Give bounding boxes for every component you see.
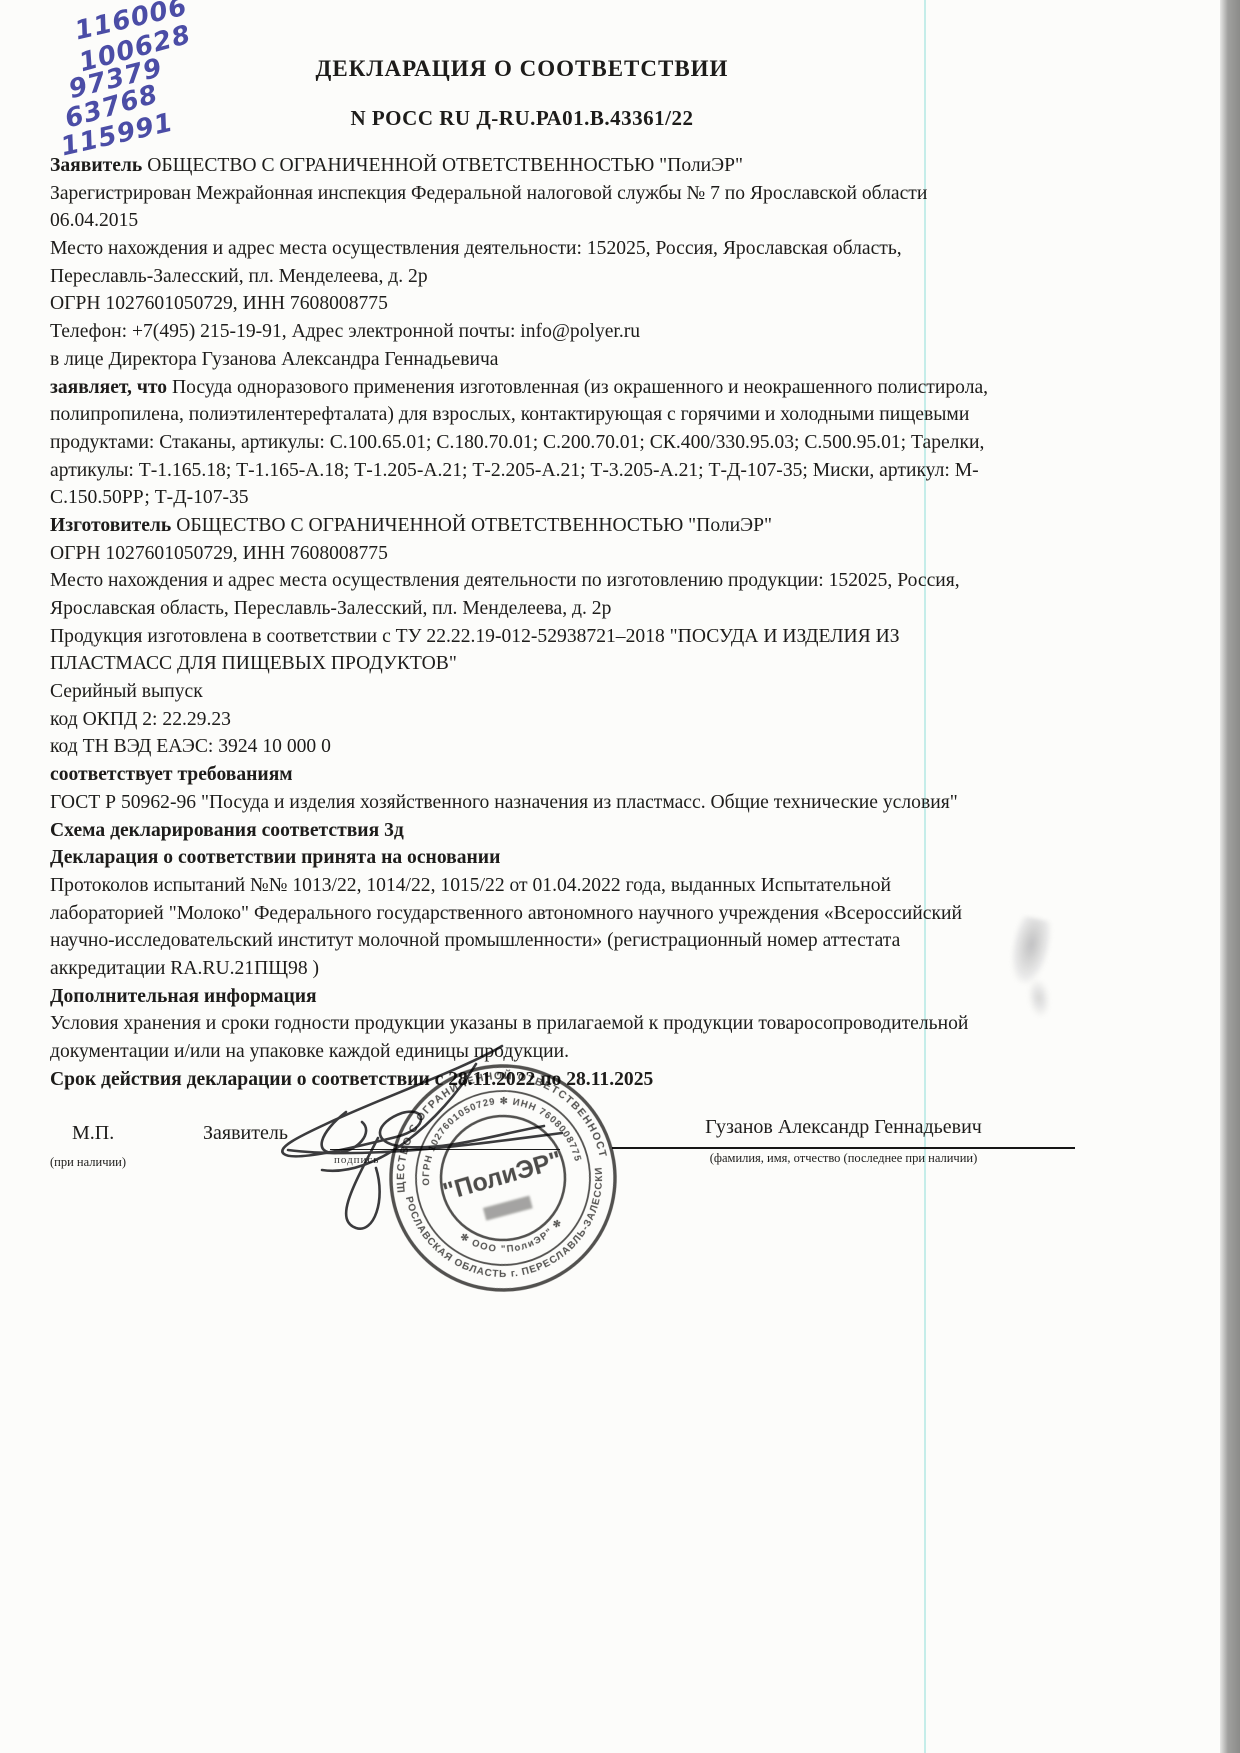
body-text: ОБЩЕСТВО С ОГРАНИЧЕННОЙ ОТВЕТСТВЕННОСТЬЮ… xyxy=(147,155,743,176)
stamp-place-label: М.П. xyxy=(72,1122,114,1145)
body-line: полипропилена, полиэтилентерефталата) дл… xyxy=(50,401,1190,429)
body-text: код ТН ВЭД ЕАЭС: 3924 10 000 0 xyxy=(50,736,331,757)
stamp-place-note: (при наличии) xyxy=(50,1155,126,1170)
body-line: артикулы: Т-1.165.18; Т-1.165-А.18; Т-1.… xyxy=(50,457,1190,485)
body-line: Изготовитель ОБЩЕСТВО С ОГРАНИЧЕННОЙ ОТВ… xyxy=(50,512,1190,540)
body-line: научно-исследовательский институт молочн… xyxy=(50,927,1190,955)
body-line: Условия хранения и сроки годности продук… xyxy=(50,1010,1190,1038)
body-text: Протоколов испытаний №№ 1013/22, 1014/22… xyxy=(50,875,891,896)
body-text: Телефон: +7(495) 215-19-91, Адрес электр… xyxy=(50,321,640,342)
signatory-name-line xyxy=(612,1147,1075,1149)
body-line: заявляет, что Посуда одноразового примен… xyxy=(50,374,1190,402)
body-line: Серийный выпуск xyxy=(50,678,1190,706)
body-line: ОГРН 1027601050729, ИНН 7608008775 xyxy=(50,290,1190,318)
body-line: ГОСТ Р 50962-96 "Посуда и изделия хозяйс… xyxy=(50,789,1190,817)
body-text: Зарегистрирован Межрайонная инспекция Фе… xyxy=(50,183,927,204)
body-line: документации и/или на упаковке каждой ед… xyxy=(50,1038,1190,1066)
body-text: научно-исследовательский институт молочн… xyxy=(50,930,900,951)
document-title: ДЕКЛАРАЦИЯ О СООТВЕТСТВИИ xyxy=(0,56,1044,82)
body-text: Место нахождения и адрес места осуществл… xyxy=(50,570,960,591)
body-text: артикулы: Т-1.165.18; Т-1.165-А.18; Т-1.… xyxy=(50,460,979,481)
body-text-bold: Дополнительная информация xyxy=(50,986,317,1007)
stamp-smeared-block xyxy=(483,1196,533,1221)
body-line: Место нахождения и адрес места осуществл… xyxy=(50,235,1190,263)
body-line: С.150.50РР; Т-Д-107-35 xyxy=(50,484,1190,512)
body-line: Телефон: +7(495) 215-19-91, Адрес электр… xyxy=(50,318,1190,346)
body-text: ОГРН 1027601050729, ИНН 7608008775 xyxy=(50,293,388,314)
body-text: Посуда одноразового применения изготовле… xyxy=(172,377,988,398)
body-line: в лице Директора Гузанова Александра Ген… xyxy=(50,346,1190,374)
body-line: Дополнительная информация xyxy=(50,983,1190,1011)
body-text-bold: заявляет, что xyxy=(50,377,172,398)
body-text: в лице Директора Гузанова Александра Ген… xyxy=(50,349,499,370)
body-line: Зарегистрирован Межрайонная инспекция Фе… xyxy=(50,180,1190,208)
body-text: продуктами: Стаканы, артикулы: С.100.65.… xyxy=(50,432,984,453)
body-text: ОБЩЕСТВО С ОГРАНИЧЕННОЙ ОТВЕТСТВЕННОСТЬЮ… xyxy=(176,515,772,536)
body-line: код ОКПД 2: 22.29.23 xyxy=(50,706,1190,734)
body-text: ПЛАСТМАСС ДЛЯ ПИЩЕВЫХ ПРОДУКТОВ" xyxy=(50,653,457,674)
stamp-graphic: ОБЩЕСТВО С ОГРАНИЧЕННОЙ ОТВЕТСТВЕННОСТЬЮ… xyxy=(363,1038,642,1317)
body-lines: Заявитель ОБЩЕСТВО С ОГРАНИЧЕННОЙ ОТВЕТС… xyxy=(50,152,1190,1093)
body-line: Протоколов испытаний №№ 1013/22, 1014/22… xyxy=(50,872,1190,900)
body-line: Продукция изготовлена в соответствии с Т… xyxy=(50,623,1190,651)
body-line: Ярославская область, Переславль-Залесски… xyxy=(50,595,1190,623)
body-line: Декларация о соответствии принята на осн… xyxy=(50,844,1190,872)
body-text: аккредитации RA.RU.21ПЩ98 ) xyxy=(50,958,319,979)
signatory-name: Гузанов Александр Геннадьевич xyxy=(612,1116,1075,1139)
body-text: код ОКПД 2: 22.29.23 xyxy=(50,709,231,730)
body-line: ОГРН 1027601050729, ИНН 7608008775 xyxy=(50,540,1190,568)
body-line: ПЛАСТМАСС ДЛЯ ПИЩЕВЫХ ПРОДУКТОВ" xyxy=(50,650,1190,678)
body-text-bold: Изготовитель xyxy=(50,515,176,536)
body-text: 06.04.2015 xyxy=(50,210,138,231)
body-text: Место нахождения и адрес места осуществл… xyxy=(50,238,902,259)
body-text-bold: Декларация о соответствии принята на осн… xyxy=(50,847,500,868)
body-text: Продукция изготовлена в соответствии с Т… xyxy=(50,626,900,647)
scanned-declaration-page: 1160061006289737963768115991 ДЕКЛАРАЦИЯ … xyxy=(0,0,1240,1753)
body-line: Срок действия декларации о соответствии … xyxy=(50,1066,1190,1094)
signatory-name-caption: (фамилия, имя, отчество (последнее при н… xyxy=(612,1151,1075,1166)
body-line: аккредитации RA.RU.21ПЩ98 ) xyxy=(50,955,1190,983)
body-line: 06.04.2015 xyxy=(50,207,1190,235)
body-text: Ярославская область, Переславль-Залесски… xyxy=(50,598,611,619)
body-text: Переславль-Залесский, пл. Менделеева, д.… xyxy=(50,266,428,287)
stamp-center-company-name: "ПолиЭР" xyxy=(440,1146,565,1207)
body-text: полипропилена, полиэтилентерефталата) дл… xyxy=(50,404,969,425)
body-text: С.150.50РР; Т-Д-107-35 xyxy=(50,487,249,508)
body-line: лабораторией "Молоко" Федерального госуд… xyxy=(50,900,1190,928)
body-text: Серийный выпуск xyxy=(50,681,203,702)
body-line: Переславль-Залесский, пл. Менделеева, д.… xyxy=(50,263,1190,291)
body-text: ОГРН 1027601050729, ИНН 7608008775 xyxy=(50,543,388,564)
body-text-bold: Заявитель xyxy=(50,155,147,176)
body-text: лабораторией "Молоко" Федерального госуд… xyxy=(50,903,962,924)
body-line: соответствует требованиям xyxy=(50,761,1190,789)
company-round-stamp: ОБЩЕСТВО С ОГРАНИЧЕННОЙ ОТВЕТСТВЕННОСТЬЮ… xyxy=(363,1038,642,1317)
body-text-bold: Схема декларирования соответствия 3д xyxy=(50,820,404,841)
scan-right-edge-shadow xyxy=(1220,0,1240,1753)
body-text: ГОСТ Р 50962-96 "Посуда и изделия хозяйс… xyxy=(50,792,958,813)
body-line: Место нахождения и адрес места осуществл… xyxy=(50,567,1190,595)
declaration-number: N РОСС RU Д-RU.РА01.В.43361/22 xyxy=(0,106,1044,131)
body-line: продуктами: Стаканы, артикулы: С.100.65.… xyxy=(50,429,1190,457)
body-line: код ТН ВЭД ЕАЭС: 3924 10 000 0 xyxy=(50,733,1190,761)
body-text: Условия хранения и сроки годности продук… xyxy=(50,1013,968,1034)
body-line: Схема декларирования соответствия 3д xyxy=(50,817,1190,845)
body-line: Заявитель ОБЩЕСТВО С ОГРАНИЧЕННОЙ ОТВЕТС… xyxy=(50,152,1190,180)
body-text-bold: соответствует требованиям xyxy=(50,764,293,785)
